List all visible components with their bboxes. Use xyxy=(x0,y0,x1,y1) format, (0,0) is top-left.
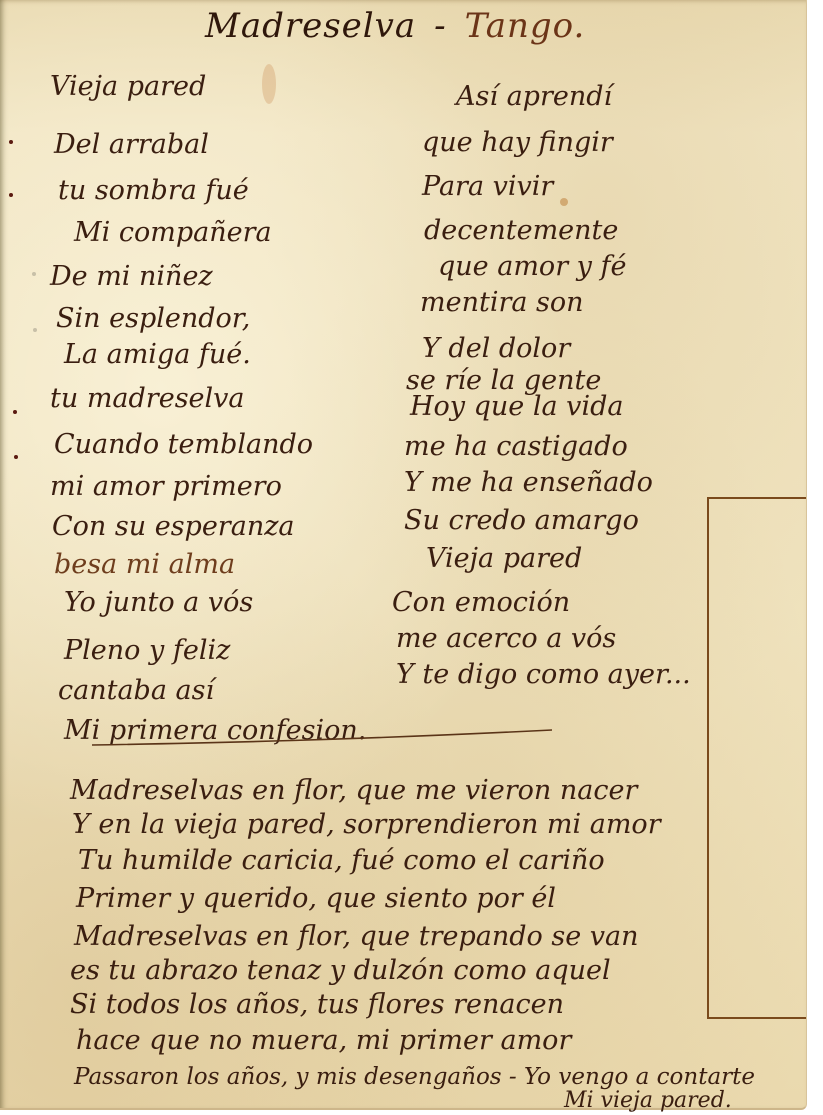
song-title: Madreselva-Tango. xyxy=(205,6,585,46)
chorus-line: hace que no muera, mi primer amor xyxy=(76,1026,571,1056)
chorus-line: Madreselvas en flor, que trepando se van xyxy=(74,922,639,952)
pinhole xyxy=(9,140,13,144)
paper-stain xyxy=(262,64,276,104)
verse-line: tu madreselva xyxy=(50,384,245,414)
verse-line: Y te digo como ayer... xyxy=(396,660,691,690)
pinhole xyxy=(14,455,18,459)
verse-line: Cuando temblando xyxy=(54,430,313,460)
verse-line: Pleno y feliz xyxy=(64,636,230,666)
verse-line: cantaba así xyxy=(58,676,214,706)
pinhole xyxy=(13,410,17,414)
paper-stain xyxy=(560,198,568,206)
title-separator: - xyxy=(434,6,447,46)
chorus-line: Tu humilde caricia, fué como el cariño xyxy=(78,846,605,876)
verse-line: mi amor primero xyxy=(50,472,282,502)
chorus-line: Primer y querido, que siento por él xyxy=(76,884,556,914)
verse-line: Y del dolor xyxy=(422,334,570,364)
chorus-line: Si todos los años, tus flores renacen xyxy=(70,990,564,1020)
verse-line: Y me ha enseñado xyxy=(404,468,653,498)
verse-line: La amiga fué. xyxy=(64,340,251,370)
verse-line: Con emoción xyxy=(392,588,570,618)
verse-line: Con su esperanza xyxy=(52,512,295,542)
verse-line: Sin esplendor, xyxy=(56,304,250,334)
chorus-line: es tu abrazo tenaz y dulzón como aquel xyxy=(70,956,611,986)
verse-line: Mi compañera xyxy=(74,218,272,248)
divider-rule xyxy=(92,728,552,748)
verse-line: que hay fingir xyxy=(422,128,613,158)
pinhole xyxy=(33,328,37,332)
title-text: Madreselva xyxy=(205,6,416,46)
margin-box xyxy=(707,497,806,1019)
verse-line: Vieja pared xyxy=(426,544,582,574)
verse-line: Vieja pared xyxy=(50,72,206,102)
verse-line: Del arrabal xyxy=(54,130,209,160)
verse-line: decentemente xyxy=(424,216,618,246)
verse-line: que amor y fé xyxy=(438,252,627,282)
verse-line: tu sombra fué xyxy=(58,176,249,206)
pinhole xyxy=(32,272,36,276)
genre-label: Tango. xyxy=(465,6,586,46)
verse-line: Yo junto a vós xyxy=(64,588,253,618)
verse-line: Su credo amargo xyxy=(404,506,639,536)
pinhole xyxy=(9,193,13,197)
verse-line: Hoy que la vida xyxy=(410,392,623,422)
verse-line: Para vivir xyxy=(422,172,553,202)
chorus-line: Madreselvas en flor, que me vieron nacer xyxy=(70,776,637,806)
verse-line: me ha castigado xyxy=(404,432,628,462)
verse-line: De mi niñez xyxy=(50,262,213,292)
chorus-closing-line: Mi vieja pared. xyxy=(564,1086,732,1115)
verse-line: mentira son xyxy=(420,288,584,318)
verse-line: Así aprendí xyxy=(456,82,612,112)
chorus-line: Y en la vieja pared, sorprendieron mi am… xyxy=(72,810,661,840)
manuscript-page: Madreselva-Tango. Vieja pared Del arraba… xyxy=(0,0,807,1110)
verse-line: me acerco a vós xyxy=(396,624,616,654)
verse-line: besa mi alma xyxy=(54,550,235,580)
